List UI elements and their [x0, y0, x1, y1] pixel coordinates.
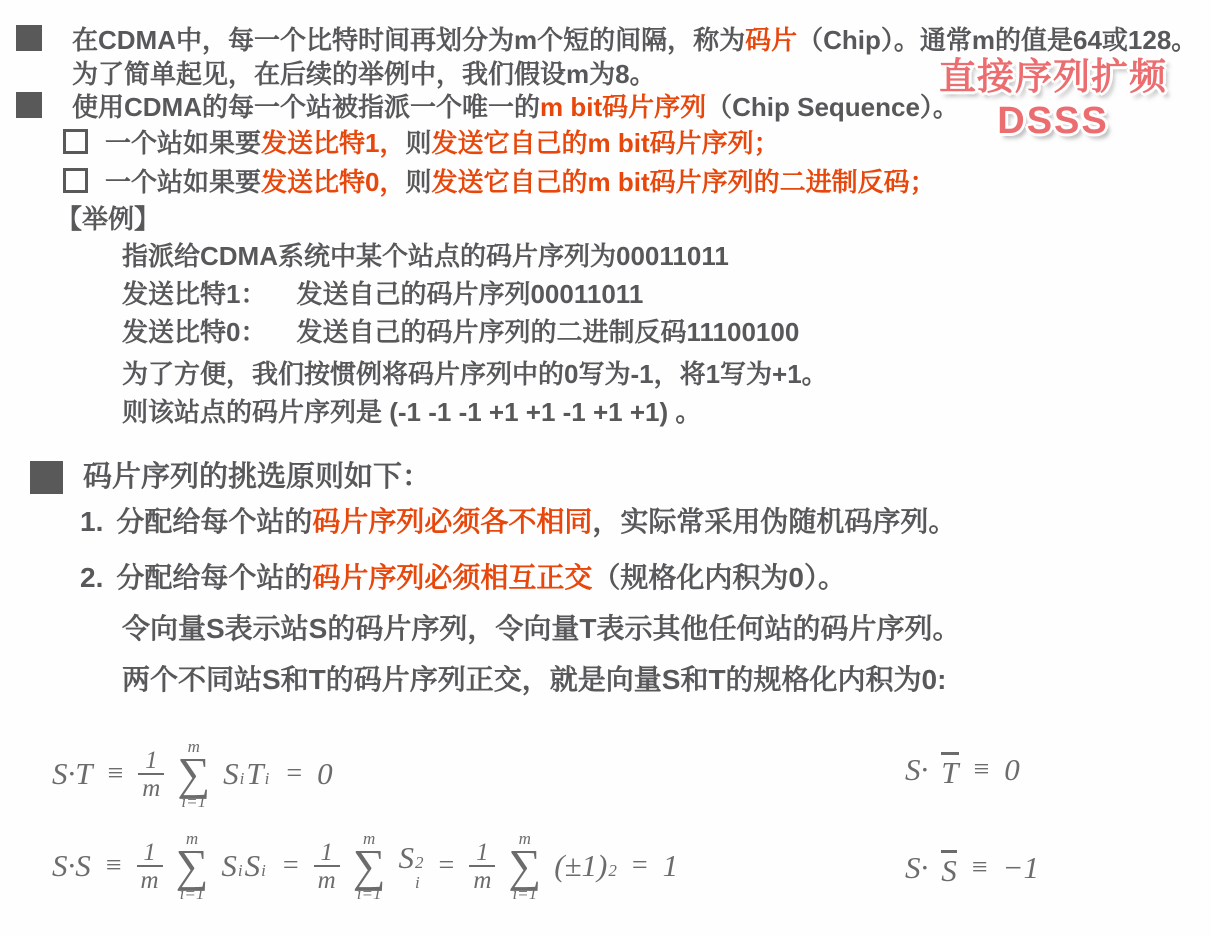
example-line2-value: 发送自己的码片序列00011011	[296, 279, 643, 309]
sub1-red2: 发送它自己的m bit码片序列；	[432, 128, 780, 158]
equiv-symbol: ≡	[104, 850, 124, 882]
item1-red: 码片序列必须各不相同	[312, 506, 592, 537]
formula-ss: S·S ≡ 1 m m ∑ i=1 SiSi = 1 m m ∑ i=1 S2i…	[52, 828, 678, 904]
sub-i: i	[240, 770, 245, 787]
section2-line3: 令向量S表示站S的码片序列，令向量T表示其他任何站的码片序列。	[122, 611, 960, 646]
fraction-1-over-m: 1 m	[138, 748, 164, 801]
fraction-1-over-m: 1 m	[137, 840, 163, 893]
equals-symbol: =	[281, 850, 301, 882]
sub1-mid: 则	[405, 128, 431, 158]
term-S: S	[221, 848, 237, 884]
formula-st: S·T ≡ 1 m m ∑ i=1 SiTi = 0	[52, 736, 333, 812]
item2-post: （规格化内积为0）。	[592, 562, 846, 593]
checkbox-empty-icon	[63, 168, 88, 193]
example-line1-text: 指派给CDMA系统中某个站点的码片序列为00011011	[122, 241, 729, 271]
bullet1-red: 码片	[745, 25, 797, 55]
sigma-summation: m ∑ i=1	[353, 830, 386, 902]
example-line5: 则该站点的码片序列是 (-1 -1 -1 +1 +1 -1 +1 +1) 。	[122, 396, 701, 429]
checkbox-empty-icon	[63, 129, 88, 154]
frac-numerator: 1	[320, 840, 333, 865]
equals-symbol: =	[284, 758, 304, 790]
fraction-1-over-m: 1 m	[469, 840, 495, 893]
sum-lower-limit: i=1	[181, 793, 206, 810]
sup-2: 2	[415, 853, 424, 873]
sigma-icon: ∑	[508, 847, 541, 885]
bullet-filled-icon	[30, 461, 63, 494]
sub-bullet1: 一个站如果要发送比特1，则发送它自己的m bit码片序列；	[105, 127, 780, 160]
section2-heading-text: 码片序列的挑选原则如下：	[83, 461, 431, 493]
formula-stbar-lhs: S·	[905, 752, 928, 788]
bullet2-red: m bit码片序列	[540, 92, 706, 122]
example-line3: 发送比特0：发送自己的码片序列的二进制反码11100100	[122, 316, 799, 349]
dsss-badge-line1: 直接序列扩频	[925, 55, 1181, 99]
sub1-pre: 一个站如果要	[105, 128, 261, 158]
formula-ss-lhs: S·S	[52, 848, 91, 884]
formula-ssbar-lhs: S·	[905, 850, 928, 886]
sup-2: 2	[608, 862, 617, 879]
term-Si-squared: S2i	[399, 840, 424, 892]
frac-denominator: m	[314, 865, 340, 893]
principle-item2: 2.分配给每个站的码片序列必须相互正交（规格化内积为0）。	[80, 560, 846, 595]
formula-st-bar: S·T ≡ 0	[905, 752, 1020, 788]
item1-number: 1.	[80, 506, 103, 537]
sub-bullet2: 一个站如果要发送比特0，则发送它自己的m bit码片序列的二进制反码；	[105, 166, 936, 199]
item2-number: 2.	[80, 562, 103, 593]
term-SiSi: SiSi	[221, 848, 267, 884]
sigma-summation: m ∑ i=1	[508, 830, 541, 902]
item2-red: 码片序列必须相互正交	[312, 562, 592, 593]
sigma-summation: m ∑ i=1	[176, 830, 209, 902]
bullet1-text: 在CDMA中，每一个比特时间再划分为m个短的间隔，称为	[72, 25, 745, 55]
example-line2: 发送比特1：发送自己的码片序列00011011	[122, 278, 643, 311]
sub-i: i	[265, 770, 270, 787]
example-line5-text: 则该站点的码片序列是 (-1 -1 -1 +1 +1 -1 +1 +1) 。	[122, 397, 701, 427]
formula-st-result: 0	[317, 756, 333, 792]
example-line4: 为了方便，我们按惯例将码片序列中的0写为-1，将1写为+1。	[122, 358, 828, 391]
formula-stbar-result: 0	[1004, 752, 1020, 788]
frac-denominator: m	[137, 865, 163, 893]
equals-symbol: =	[630, 850, 650, 882]
sum-lower-limit: i=1	[357, 885, 382, 902]
item2-pre: 分配给每个站的	[116, 562, 312, 593]
bullet1-line2: 为了简单起见，在后续的举例中，我们假设m为8。	[72, 58, 656, 91]
overbar-T: T	[941, 752, 958, 788]
frac-numerator: 1	[143, 840, 156, 865]
principle-item1: 1.分配给每个站的码片序列必须各不相同，实际常采用伪随机码序列。	[80, 504, 956, 539]
sigma-icon: ∑	[177, 755, 210, 793]
example-line1: 指派给CDMA系统中某个站点的码片序列为00011011	[122, 240, 729, 273]
term-pm1: (±1)	[554, 848, 607, 884]
frac-numerator: 1	[476, 840, 489, 865]
bullet1-cont: 为了简单起见，在后续的举例中，我们假设m为8。	[72, 59, 656, 89]
sigma-summation: m ∑ i=1	[177, 738, 210, 810]
sub-i: i	[261, 862, 266, 879]
bullet-filled-icon	[16, 92, 42, 118]
dsss-badge-line2: DSSS	[925, 99, 1181, 145]
example-line2-label: 发送比特1：	[122, 279, 266, 309]
formula-ssbar-result: −1	[1003, 850, 1039, 886]
fraction-1-over-m: 1 m	[314, 840, 340, 893]
term-SiTi: SiTi	[223, 756, 271, 792]
sub-i: i	[238, 862, 243, 879]
frac-denominator: m	[469, 865, 495, 893]
term-T: T	[246, 756, 263, 792]
sub1-red1: 发送比特1，	[261, 128, 405, 158]
equals-symbol: =	[437, 850, 457, 882]
frac-numerator: 1	[145, 748, 158, 773]
sigma-icon: ∑	[176, 847, 209, 885]
example-line3-value: 发送自己的码片序列的二进制反码11100100	[296, 317, 799, 347]
term-S: S	[223, 756, 239, 792]
formula-ss-bar: S·S ≡ −1	[905, 850, 1039, 886]
example-line3-label: 发送比特0：	[122, 317, 266, 347]
sum-lower-limit: i=1	[512, 885, 537, 902]
section2-line3-text: 令向量S表示站S的码片序列，令向量T表示其他任何站的码片序列。	[122, 613, 960, 644]
section2-line4: 两个不同站S和T的码片序列正交，就是向量S和T的规格化内积为0:	[122, 662, 946, 697]
sub-i: i	[415, 873, 420, 893]
term-pm1-squared: (±1)2	[554, 848, 617, 884]
item1-pre: 分配给每个站的	[116, 506, 312, 537]
equiv-symbol: ≡	[972, 754, 992, 786]
bullet1-line1: 在CDMA中，每一个比特时间再划分为m个短的间隔，称为码片（Chip）。通常m的…	[72, 24, 1197, 57]
sub2-mid: 则	[405, 167, 431, 197]
formula-ss-result: 1	[663, 848, 679, 884]
sigma-icon: ∑	[353, 847, 386, 885]
equiv-symbol: ≡	[970, 852, 990, 884]
frac-denominator: m	[138, 773, 164, 801]
bullet-filled-icon	[16, 25, 42, 51]
dsss-badge: 直接序列扩频 DSSS	[925, 55, 1181, 145]
overbar-S: S	[941, 850, 957, 886]
term-S: S	[245, 848, 261, 884]
section2-heading: 码片序列的挑选原则如下：	[83, 459, 431, 495]
bullet2-line: 使用CDMA的每一个站被指派一个唯一的m bit码片序列（Chip Sequen…	[72, 91, 959, 124]
slide: 在CDMA中，每一个比特时间再划分为m个短的间隔，称为码片（Chip）。通常m的…	[0, 0, 1211, 936]
section2-line4-text: 两个不同站S和T的码片序列正交，就是向量S和T的规格化内积为0:	[122, 664, 946, 695]
sub2-red2: 发送它自己的m bit码片序列的二进制反码；	[432, 167, 936, 197]
sub2-pre: 一个站如果要	[105, 167, 261, 197]
term-S: S	[399, 840, 415, 876]
bullet2-post: （Chip Sequence）。	[706, 92, 959, 122]
bullet2-text: 使用CDMA的每一个站被指派一个唯一的	[72, 92, 540, 122]
item1-post: ，实际常采用伪随机码序列。	[592, 506, 956, 537]
example-label-text: 【举例】	[56, 204, 160, 234]
sum-lower-limit: i=1	[180, 885, 205, 902]
bullet1-post: （Chip）。通常m的值是64或128。	[797, 25, 1197, 55]
formula-st-lhs: S·T	[52, 756, 93, 792]
equiv-symbol: ≡	[106, 758, 126, 790]
example-line4-text: 为了方便，我们按惯例将码片序列中的0写为-1，将1写为+1。	[122, 359, 828, 389]
example-label: 【举例】	[56, 203, 160, 236]
sub2-red1: 发送比特0，	[261, 167, 405, 197]
